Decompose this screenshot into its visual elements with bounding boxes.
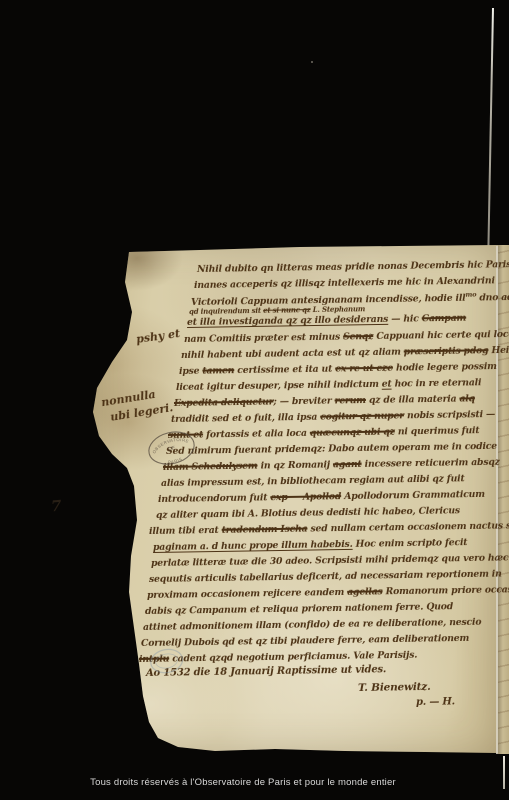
- manuscript-text-segment: alias impressum est, in bibliothecam reg…: [161, 473, 465, 489]
- manuscript-text-segment: paginam a. d hunc prope illum habebis.: [153, 539, 353, 553]
- manuscript-line: illam Schedulysem in qz Romanij agant in…: [163, 457, 500, 473]
- manuscript-text-segment: agant: [333, 459, 362, 470]
- manuscript-line: paginam a. d hunc prope illum habebis. H…: [153, 537, 468, 553]
- manuscript-text-segment: ipse: [179, 366, 203, 377]
- manuscript-text-segment: attinet admonitionem illam (confido) de …: [143, 617, 481, 633]
- manuscript-line: sunt et fortassis et alia loca quæcunqz …: [168, 425, 480, 441]
- manuscript-text-segment: Heinqus: [488, 344, 509, 356]
- photographed-manuscript: Ao 1532 die 18 Januarij Raptissime ut vi…: [0, 0, 509, 800]
- manuscript-text-segment: ex re ut eze: [335, 363, 393, 375]
- manuscript-text-segment: tamen: [202, 365, 234, 376]
- manuscript-text-segment: tradendum Ischa: [222, 524, 308, 536]
- manuscript-text-segment: L. Stephanum: [310, 304, 365, 314]
- manuscript-text-segment: tradidit sed et o fuit, illa ipsa: [171, 412, 320, 425]
- manuscript-text-segment: mo: [465, 291, 476, 299]
- manuscript-line: perlatæ litteræ tuæ die 30 adeo. Scripsi…: [151, 552, 509, 569]
- manuscript-line: liceat igitur desuper, ipse nihil indict…: [176, 377, 481, 393]
- manuscript-text-segment: qd inquirendum sit: [189, 306, 263, 316]
- signature: T. Bienewitz.: [358, 681, 431, 694]
- stamp-text-bottom: PARIS: [167, 456, 184, 466]
- manuscript-text-segment: proximam occasionem rejicere eandem: [147, 587, 347, 601]
- manuscript-text-segment: introducendorum fuit: [158, 492, 271, 505]
- manuscript-line: qz aliter quam ibi A. Blotius deus dedis…: [156, 505, 460, 521]
- manuscript-line: nihil habent ubi audent acta est ut qz a…: [181, 344, 509, 361]
- manuscript-text-segment: quæcunqz ubi qz: [310, 426, 395, 438]
- manuscript-text-segment: liceat igitur desuper, ipse nihil indict…: [176, 379, 382, 393]
- manuscript-text-segment: — hic: [388, 313, 422, 325]
- manuscript-line: introducendorum fuit exp — Apollod Apoll…: [158, 489, 485, 505]
- manuscript-text-segment: cogitur qz nuper: [320, 410, 404, 422]
- manuscript-text-segment: Hoc enim scripto fecit: [352, 537, 467, 550]
- manuscript-text-segment: incessere reticuerim absqz: [361, 457, 499, 470]
- manuscript-line: Sed nimirum fuerant pridemqz: Dabo autem…: [166, 441, 497, 457]
- manuscript-text-segment: cadent qzqd negotium perficiamus. Vale P…: [169, 650, 417, 665]
- manuscript-line: Cornelij Dubois qd est qz tibi plaudere …: [141, 633, 469, 649]
- photo-caption: Tous droits réservés à l'Observatoire de…: [0, 777, 486, 788]
- manuscript-line: proximam occasionem rejicere eandem agel…: [147, 584, 509, 601]
- manuscript-line: nam Comitiis præter est minus Senqz Capp…: [184, 328, 509, 345]
- signature-flourish: p. — H.: [416, 696, 455, 708]
- manuscript-text-segment: qz de illa materia: [366, 394, 460, 406]
- manuscript-text-segment: Nihil dubito qn litteras meas pridie non…: [197, 259, 509, 275]
- manuscript-text-segment: Cappuani hic certe qui loco nunc: [373, 328, 509, 342]
- manuscript-text-segment: alq: [459, 393, 475, 404]
- manuscript-text-segment: et: [382, 379, 392, 390]
- manuscript-text-segment: Sed nimirum fuerant pridemqz: Dabo autem…: [166, 441, 497, 457]
- manuscript-text-segment: nam Comitiis præter est minus: [184, 332, 343, 345]
- manuscript-line: sequutis articulis tabellarius deficerit…: [149, 568, 502, 585]
- manuscript-text-segment: fortassis et alia loca: [203, 428, 310, 441]
- manuscript-line: illum tibi erat tradendum Ischa sed null…: [149, 520, 509, 537]
- folio-number: 7: [50, 497, 62, 516]
- manuscript-text-segment: nobis scripsisti —: [404, 409, 495, 421]
- manuscript-text-segment: rerum: [335, 395, 366, 406]
- manuscript-text-segment: inanes acceperis qz illisqz intellexeris…: [194, 275, 495, 291]
- manuscript-line: alias impressum est, in bibliothecam reg…: [161, 473, 465, 489]
- manuscript-text-segment: sed nullam certam occasionem nactus sum: [307, 520, 509, 534]
- manuscript-text-segment: Cornelij Dubois qd est qz tibi plaudere …: [141, 633, 469, 649]
- manuscript-text-segment: certissime et ita ut: [234, 364, 335, 377]
- stamp-text-middle: DE: [168, 445, 177, 453]
- manuscript-text-segment: Campam: [422, 313, 467, 325]
- svg-text:PARIS: PARIS: [167, 456, 184, 466]
- manuscript-line: attinet admonitionem illam (confido) de …: [143, 617, 481, 633]
- manuscript-text-segment: perlatæ litteræ tuæ die 30 adeo. Scripsi…: [151, 552, 509, 569]
- manuscript-writing: Ao 1532 die 18 Januarij Raptissime ut vi…: [0, 0, 509, 800]
- manuscript-text-segment: nihil habent ubi audent acta est ut qz a…: [181, 347, 404, 361]
- manuscript-text-segment: ni querimus fuit: [395, 425, 480, 437]
- manuscript-text-segment: hodie legere possim: [393, 361, 497, 374]
- manuscript-text-segment: exp — Apollod: [270, 491, 341, 503]
- manuscript-text-segment: Apollodorum Grammaticum: [341, 489, 485, 502]
- manuscript-text-segment: ; — breviter: [273, 395, 334, 407]
- manuscript-line: dabis qz Campanum et reliqua priorem nat…: [145, 601, 453, 617]
- faint-ink-stamp: [146, 644, 187, 682]
- manuscript-text-segment: agellas: [347, 586, 383, 598]
- manuscript-text-segment: dno ad: [476, 292, 509, 304]
- manuscript-text-segment: qz aliter quam ibi A. Blotius deus dedis…: [156, 505, 460, 521]
- manuscript-text-segment: et illa investiganda qz qz illo desidera…: [187, 314, 388, 328]
- manuscript-text-segment: præscriptis pdog: [404, 345, 489, 357]
- manuscript-line: Nihil dubito qn litteras meas pridie non…: [197, 259, 509, 275]
- manuscript-text-segment: et si nunc qz: [263, 305, 311, 315]
- manuscript-text-segment: hoc in re eternali: [391, 377, 481, 389]
- manuscript-text-segment: Expedita deliquetur: [174, 396, 274, 409]
- manuscript-text-segment: Romanorum priore occasione: [382, 584, 509, 597]
- manuscript-text-segment: in qz Romanij: [257, 459, 333, 471]
- manuscript-text-segment: illum tibi erat: [149, 525, 222, 537]
- manuscript-line: inanes acceperis qz illisqz intellexeris…: [194, 275, 495, 291]
- manuscript-text-segment: dabis qz Campanum et reliqua priorem nat…: [145, 601, 453, 617]
- manuscript-text-segment: Senqz: [343, 331, 373, 342]
- manuscript-line: tradidit sed et o fuit, illa ipsa cogitu…: [171, 409, 495, 425]
- faint-stamp-icon: [146, 644, 186, 678]
- manuscript-text-segment: sequutis articulis tabellarius deficerit…: [149, 568, 502, 585]
- manuscript-line: ipse tamen certissime et ita ut ex re ut…: [179, 361, 497, 377]
- manuscript-line: Expedita deliquetur; — breviter rerum qz…: [174, 393, 475, 409]
